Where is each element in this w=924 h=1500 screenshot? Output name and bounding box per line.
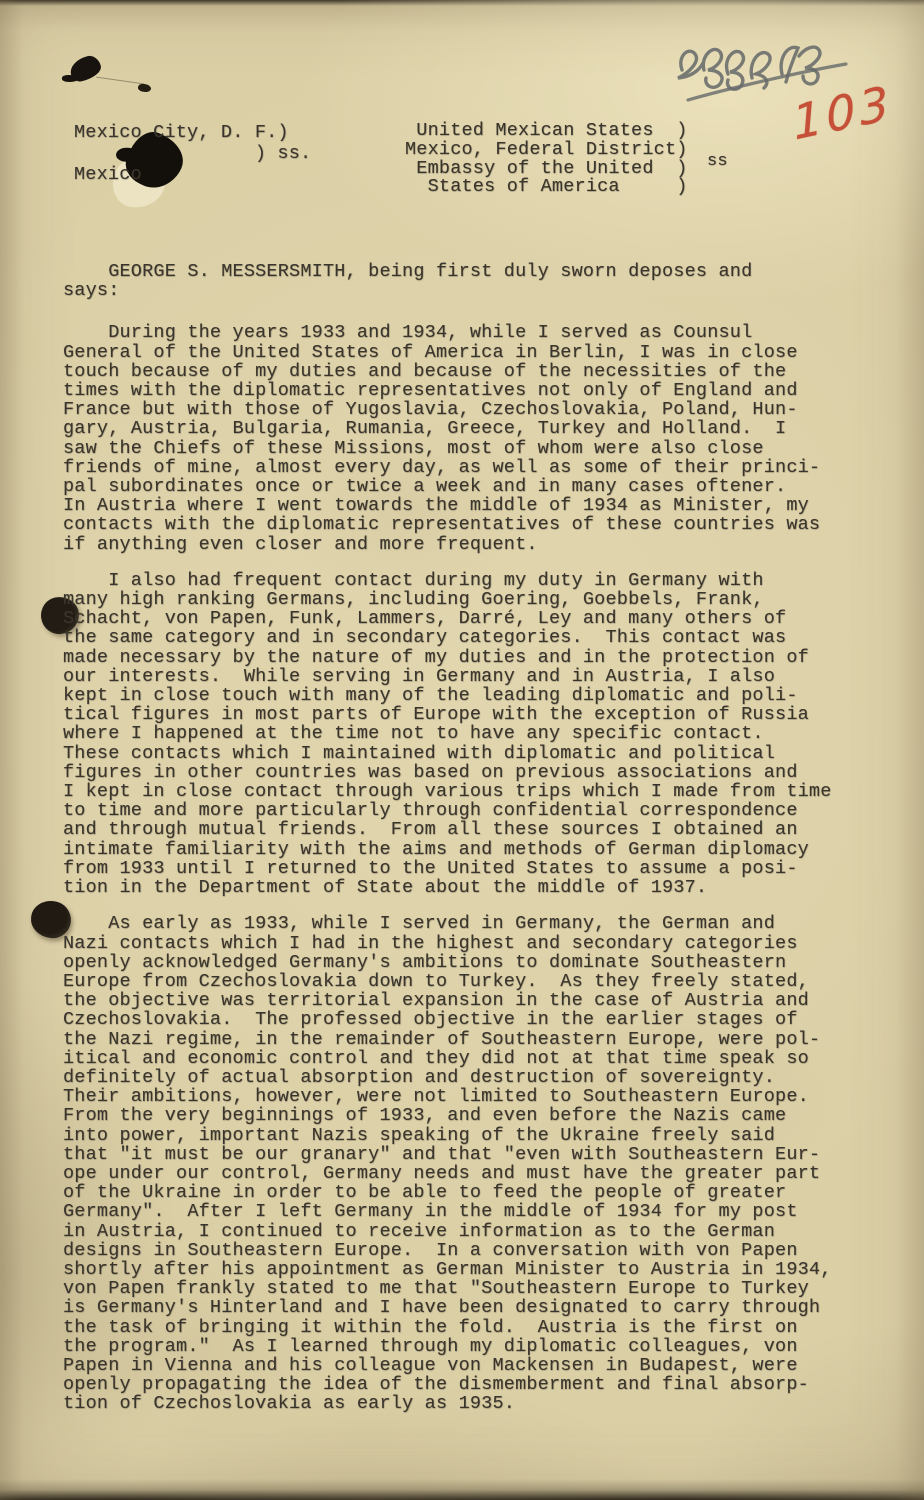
scratch-mark	[96, 77, 144, 85]
paragraph-2: I also had frequent contact during my du…	[63, 571, 893, 897]
document-page: 103 Mexico City, D. F.) ) ss. Mexico Uni…	[0, 0, 924, 1500]
venue-caption-left: Mexico City, D. F.) ) ss. Mexico	[74, 122, 311, 185]
ss-abbreviation: ss	[707, 152, 728, 171]
venue-caption-right: United Mexican States ) Mexico, Federal …	[405, 122, 688, 197]
affidavit-body: GEORGE S. MESSERSMITH, being first duly …	[63, 262, 893, 1431]
ink-blot-small	[68, 54, 104, 84]
paragraph-1: During the years 1933 and 1934, while I …	[63, 323, 893, 553]
ink-speck	[137, 82, 152, 93]
deponent-opening: GEORGE S. MESSERSMITH, being first duly …	[63, 262, 893, 300]
paragraph-3: As early as 1933, while I served in Germ…	[63, 914, 893, 1413]
